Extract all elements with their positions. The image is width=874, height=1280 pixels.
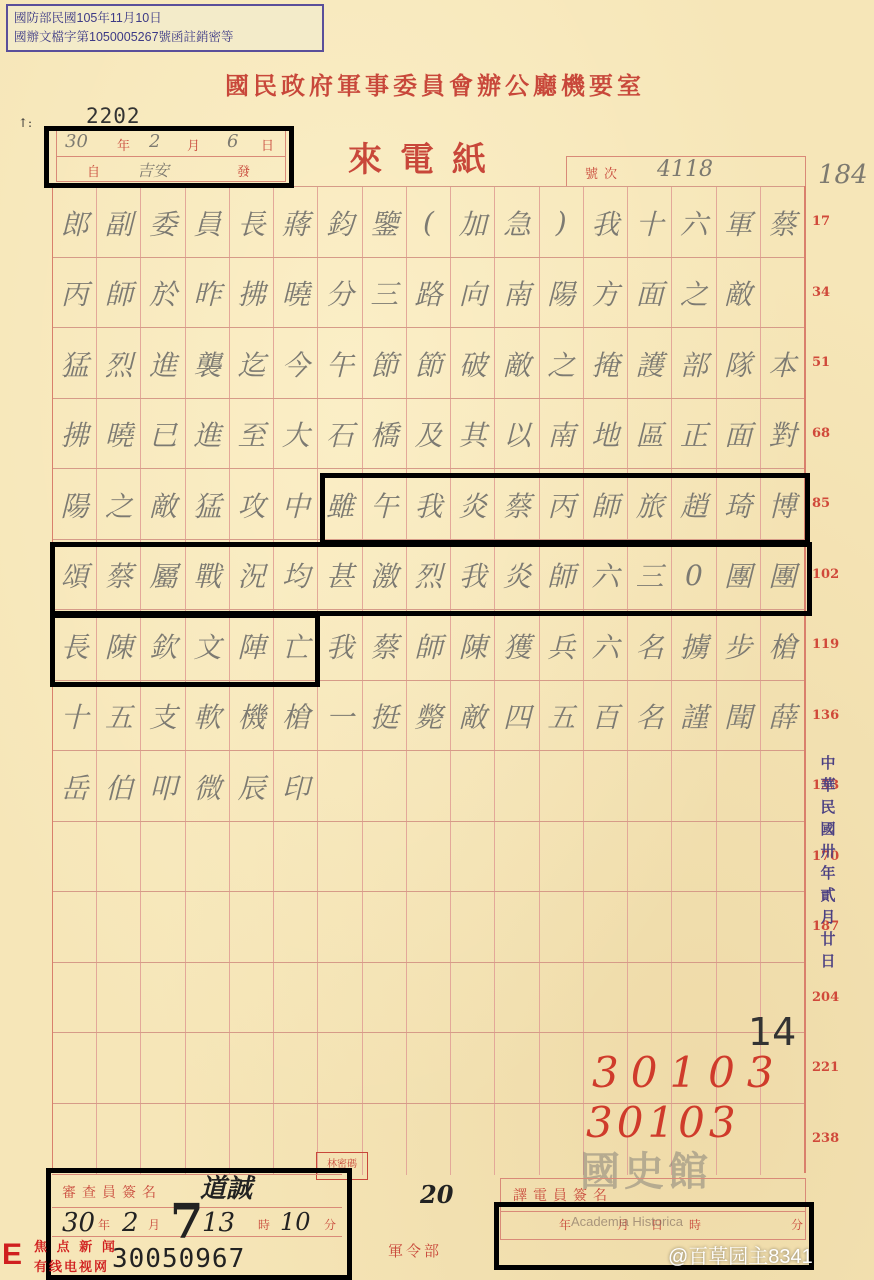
grid-row: 丙師於昨拂曉分三路向南陽方面之敵 <box>53 257 804 329</box>
grid-cell: 十 <box>628 187 672 258</box>
grid-cell <box>186 1104 230 1175</box>
grid-cell <box>363 1104 407 1175</box>
social-handle-watermark: @百草园主8341 <box>668 1240 813 1269</box>
grid-cell <box>274 1033 318 1104</box>
grid-cell: 陳 <box>451 610 495 681</box>
grid-cell <box>495 963 539 1034</box>
grid-cell <box>53 892 97 963</box>
grid-cell <box>495 751 539 822</box>
grid-cell: 區 <box>628 399 672 470</box>
grid-cell: 蔡 <box>363 610 407 681</box>
grid-cell: 曉 <box>97 399 141 470</box>
grid-cell: 員 <box>186 187 230 258</box>
grid-cell: 鑒 <box>363 187 407 258</box>
grid-cell <box>628 822 672 893</box>
grid-cell: 獲 <box>495 610 539 681</box>
grid-cell: 岳 <box>53 751 97 822</box>
grid-cell <box>230 963 274 1034</box>
grid-cell: 一 <box>318 681 362 752</box>
grid-cell: 節 <box>363 328 407 399</box>
grid-cell: 對 <box>761 399 804 470</box>
grid-cell <box>451 1104 495 1175</box>
grid-cell: 進 <box>186 399 230 470</box>
grid-cell <box>407 1033 451 1104</box>
grid-cell <box>230 892 274 963</box>
grid-cell: 破 <box>451 328 495 399</box>
grid-cell: ( <box>407 187 451 258</box>
office-title: 國民政府軍事委員會辦公廳機要室 <box>170 66 700 101</box>
serial-number: 2202 <box>86 104 141 128</box>
grid-cell <box>318 822 362 893</box>
grid-cell <box>717 822 761 893</box>
grid-cell: 陽 <box>540 258 584 329</box>
grid-cell: 謹 <box>672 681 716 752</box>
grid-cell: 敵 <box>495 328 539 399</box>
number-box: 號次 4118 <box>566 156 806 186</box>
grid-cell: 之 <box>540 328 584 399</box>
grid-cell: ) <box>540 187 584 258</box>
grid-cell <box>540 1104 584 1175</box>
grid-cell: 已 <box>141 399 185 470</box>
grid-cell: 三 <box>363 258 407 329</box>
grid-cell: 軟 <box>186 681 230 752</box>
grid-cell <box>363 751 407 822</box>
grid-cell: 南 <box>495 258 539 329</box>
grid-cell: 護 <box>628 328 672 399</box>
grid-cell: 午 <box>318 328 362 399</box>
grid-cell <box>540 751 584 822</box>
grid-row: 岳伯叩微辰印 <box>53 750 804 822</box>
row-count-label: 221 <box>812 1060 839 1075</box>
grid-cell: 六 <box>584 610 628 681</box>
grid-cell <box>363 822 407 893</box>
grid-cell: 進 <box>141 328 185 399</box>
grid-cell <box>540 892 584 963</box>
grid-cell: 五 <box>540 681 584 752</box>
grid-cell: 兵 <box>540 610 584 681</box>
grid-cell: 隊 <box>717 328 761 399</box>
grid-cell <box>141 963 185 1034</box>
grid-cell: 急 <box>495 187 539 258</box>
grid-cell: 於 <box>141 258 185 329</box>
grid-cell: 石 <box>318 399 362 470</box>
serial-mark: ↑: <box>18 116 32 130</box>
hq-mark: 軍令部 <box>388 1240 442 1261</box>
page-note: 184 <box>818 160 868 190</box>
number-label: 號次 <box>585 163 623 182</box>
grid-cell <box>407 892 451 963</box>
grid-row <box>53 891 804 963</box>
grid-cell: 十 <box>53 681 97 752</box>
grid-cell: 伯 <box>97 751 141 822</box>
grid-cell: 向 <box>451 258 495 329</box>
red-code-1: 30103 <box>592 1048 786 1097</box>
grid-cell: 委 <box>141 187 185 258</box>
notice-line-2: 國辦文檔字第1050005267號函註銷密等 <box>14 28 316 47</box>
grid-cell: 猛 <box>186 469 230 540</box>
row-count-label: 85 <box>812 496 830 511</box>
grid-cell <box>141 822 185 893</box>
grid-cell: 我 <box>584 187 628 258</box>
grid-cell: 薛 <box>761 681 804 752</box>
grid-cell <box>363 963 407 1034</box>
grid-cell <box>186 822 230 893</box>
grid-cell <box>274 822 318 893</box>
row7-highlight <box>50 613 320 687</box>
grid-cell <box>318 751 362 822</box>
grid-cell: 拂 <box>230 258 274 329</box>
grid-cell: 名 <box>628 610 672 681</box>
grid-cell <box>628 751 672 822</box>
grid-cell: 拂 <box>53 399 97 470</box>
grid-cell: 支 <box>141 681 185 752</box>
grid-cell: 今 <box>274 328 318 399</box>
grid-cell <box>97 892 141 963</box>
grid-cell: 正 <box>672 399 716 470</box>
grid-row <box>53 821 804 893</box>
grid-cell <box>274 1104 318 1175</box>
row6-highlight <box>50 542 812 616</box>
grid-cell <box>141 892 185 963</box>
row-count-label: 136 <box>812 708 839 723</box>
grid-cell <box>495 1033 539 1104</box>
grid-cell <box>761 892 804 963</box>
grid-cell <box>761 1104 804 1175</box>
grid-cell: 地 <box>584 399 628 470</box>
grid-row <box>53 962 804 1034</box>
grid-cell: 聞 <box>717 681 761 752</box>
grid-cell: 微 <box>186 751 230 822</box>
grid-cell <box>230 1104 274 1175</box>
grid-cell: 軍 <box>717 187 761 258</box>
grid-cell: 四 <box>495 681 539 752</box>
grid-cell <box>97 1104 141 1175</box>
grid-cell <box>584 822 628 893</box>
grid-cell: 路 <box>407 258 451 329</box>
grid-cell: 步 <box>717 610 761 681</box>
grid-cell <box>141 1104 185 1175</box>
grid-cell <box>186 892 230 963</box>
notice-line-1: 國防部民國105年11月10日 <box>14 9 316 28</box>
grid-cell: 攻 <box>230 469 274 540</box>
grid-cell <box>186 963 230 1034</box>
news-logo-line-2: 有线电视网 <box>34 1256 109 1275</box>
grid-cell: 陽 <box>53 469 97 540</box>
grid-cell <box>495 1104 539 1175</box>
grid-cell <box>540 822 584 893</box>
grid-cell <box>761 751 804 822</box>
grid-cell: 之 <box>672 258 716 329</box>
grid-cell: 我 <box>318 610 362 681</box>
grid-cell: 丙 <box>53 258 97 329</box>
grid-cell <box>97 963 141 1034</box>
grid-cell <box>672 751 716 822</box>
grid-cell: 師 <box>97 258 141 329</box>
grid-cell: 及 <box>407 399 451 470</box>
grid-cell: 長 <box>230 187 274 258</box>
grid-cell <box>495 822 539 893</box>
grid-cell: 部 <box>672 328 716 399</box>
grid-cell: 蔣 <box>274 187 318 258</box>
grid-cell: 本 <box>761 328 804 399</box>
grid-cell <box>274 892 318 963</box>
grid-cell: 叩 <box>141 751 185 822</box>
grid-row: 猛烈進襲迄今午節節破敵之掩護部隊本 <box>53 327 804 399</box>
grid-cell: 辰 <box>230 751 274 822</box>
grid-cell <box>584 963 628 1034</box>
grid-row: 十五支軟機槍一挺斃敵四五百名謹聞薛 <box>53 680 804 752</box>
grid-cell: 面 <box>717 399 761 470</box>
grid-cell <box>230 1033 274 1104</box>
row5-highlight <box>320 473 810 545</box>
grid-cell: 分 <box>318 258 362 329</box>
grid-cell: 橋 <box>363 399 407 470</box>
grid-cell: 五 <box>97 681 141 752</box>
grid-cell: 名 <box>628 681 672 752</box>
row-count-label: 119 <box>812 637 839 652</box>
grid-cell <box>363 892 407 963</box>
grid-cell <box>407 963 451 1034</box>
grid-cell <box>407 751 451 822</box>
grid-cell: 猛 <box>53 328 97 399</box>
grid-row: 拂曉已進至大石橋及其以南地區正面對 <box>53 398 804 470</box>
grid-cell <box>274 963 318 1034</box>
grid-cell: 蔡 <box>761 187 804 258</box>
news-logo-line-1: 焦 点 新 闻 <box>34 1236 118 1255</box>
grid-cell <box>53 1104 97 1175</box>
grid-cell: 槍 <box>274 681 318 752</box>
row-count-label: 102 <box>812 567 839 582</box>
grid-cell: 以 <box>495 399 539 470</box>
grid-cell: 敵 <box>141 469 185 540</box>
grid-cell: 槍 <box>761 610 804 681</box>
grid-row: 郎副委員長蔣鈞鑒(加急)我十六軍蔡 <box>53 186 804 258</box>
news-logo-icon: E <box>2 1238 22 1272</box>
grid-cell: 鈞 <box>318 187 362 258</box>
grid-cell: 印 <box>274 751 318 822</box>
grid-cell <box>53 822 97 893</box>
grid-cell: 大 <box>274 399 318 470</box>
grid-cell <box>628 963 672 1034</box>
grid-cell <box>540 963 584 1034</box>
grid-cell <box>318 963 362 1034</box>
grid-cell <box>363 1033 407 1104</box>
grid-cell <box>540 1033 584 1104</box>
grid-cell: 百 <box>584 681 628 752</box>
grid-cell: 掩 <box>584 328 628 399</box>
grid-cell: 迄 <box>230 328 274 399</box>
row-count-label: 238 <box>812 1131 839 1146</box>
grid-cell <box>451 751 495 822</box>
form-title: 來電紙 <box>348 132 504 181</box>
grid-cell: 昨 <box>186 258 230 329</box>
grid-cell <box>672 892 716 963</box>
grid-cell: 郎 <box>53 187 97 258</box>
grid-cell <box>495 892 539 963</box>
grid-cell <box>53 1033 97 1104</box>
date-stamp-vertical: 中華民國卅年貳月廿日 <box>818 752 838 972</box>
grid-cell: 六 <box>672 187 716 258</box>
grid-cell: 挺 <box>363 681 407 752</box>
grid-cell <box>717 892 761 963</box>
grid-cell: 之 <box>97 469 141 540</box>
grid-cell: 其 <box>451 399 495 470</box>
grid-cell <box>53 963 97 1034</box>
row-count-label: 68 <box>812 426 830 441</box>
date-highlight <box>44 126 294 188</box>
grid-cell: 斃 <box>407 681 451 752</box>
grid-cell <box>97 822 141 893</box>
row-count-label: 17 <box>812 214 830 229</box>
grid-cell: 南 <box>540 399 584 470</box>
grid-cell: 敵 <box>717 258 761 329</box>
grid-cell <box>717 751 761 822</box>
grid-cell: 機 <box>230 681 274 752</box>
grid-cell: 面 <box>628 258 672 329</box>
grid-cell <box>230 822 274 893</box>
grid-cell <box>584 892 628 963</box>
grid-cell: 中 <box>274 469 318 540</box>
number-value: 4118 <box>657 157 713 182</box>
grid-cell <box>451 963 495 1034</box>
grid-cell: 師 <box>407 610 451 681</box>
grid-cell <box>407 822 451 893</box>
grid-cell <box>318 1033 362 1104</box>
grid-cell <box>761 822 804 893</box>
grid-cell <box>451 892 495 963</box>
row-count-label: 51 <box>812 355 830 370</box>
grid-cell <box>141 1033 185 1104</box>
grid-cell <box>584 751 628 822</box>
grid-cell: 烈 <box>97 328 141 399</box>
grid-cell <box>451 1033 495 1104</box>
grid-cell <box>761 258 804 329</box>
declassification-notice: 國防部民國105年11月10日 國辦文檔字第1050005267號函註銷密等 <box>6 4 324 52</box>
grid-cell <box>318 892 362 963</box>
count-20: 20 <box>420 1180 453 1209</box>
grid-cell <box>451 822 495 893</box>
grid-cell: 加 <box>451 187 495 258</box>
grid-cell: 副 <box>97 187 141 258</box>
grid-cell <box>672 822 716 893</box>
grid-cell: 敵 <box>451 681 495 752</box>
row-count-label: 204 <box>812 990 839 1005</box>
grid-cell: 方 <box>584 258 628 329</box>
grid-cell <box>672 963 716 1034</box>
grid-cell <box>186 1033 230 1104</box>
grid-cell: 襲 <box>186 328 230 399</box>
grid-cell: 至 <box>230 399 274 470</box>
grid-cell: 曉 <box>274 258 318 329</box>
grid-cell <box>407 1104 451 1175</box>
grid-cell <box>628 892 672 963</box>
grid-cell <box>97 1033 141 1104</box>
grid-cell: 節 <box>407 328 451 399</box>
row-count-label: 34 <box>812 285 830 300</box>
grid-cell: 擄 <box>672 610 716 681</box>
